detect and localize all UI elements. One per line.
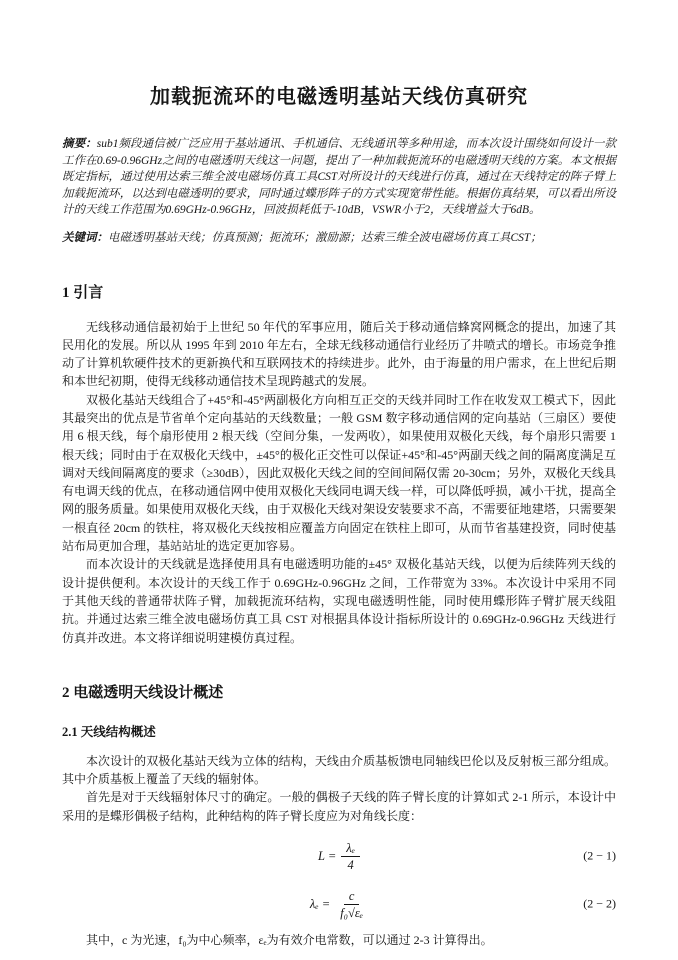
- section-2-paragraph-3: 其中，c 为光速，f₀为中心频率，εₑ为有效介电常数，可以通过 2-3 计算得出…: [62, 931, 616, 949]
- section-1-paragraph-2: 双极化基站天线组合了+45°和-45°两副极化方向相互正交的天线并同时工作在收发…: [62, 391, 616, 556]
- equation-2-1-lhs: L =: [318, 849, 336, 864]
- abstract: 摘要：sub1频段通信被广泛应用于基站通讯、手机通信、无线通讯等多种用途，而本次…: [62, 136, 616, 219]
- equation-2-1: L = λₑ 4: [318, 841, 360, 872]
- keywords-label: 关键词：: [62, 232, 108, 244]
- section-1-paragraph-1: 无线移动通信最初始于上世纪 50 年代的军事应用，随后关于移动通信蜂窝网概念的提…: [62, 318, 616, 391]
- keywords: 关键词：电磁透明基站天线；仿真预测；扼流环；激励源；达索三维全波电磁场仿真工具C…: [62, 230, 616, 247]
- equation-2-1-numerator: λₑ: [341, 841, 360, 857]
- equation-2-1-fraction: λₑ 4: [341, 841, 360, 872]
- section-2-heading: 2 电磁透明天线设计概述: [62, 681, 616, 702]
- equation-2-2-fraction: c f₀√εₑ: [335, 889, 368, 920]
- equation-2-1-number: (2 − 1): [583, 849, 616, 864]
- section-2-paragraph-2: 首先是对于天线辐射体尺寸的确定。一般的偶极子天线的阵子臂长度的计算如式 2-1 …: [62, 788, 616, 825]
- section-1-paragraph-3: 而本次设计的天线就是选择使用具有电磁透明功能的±45° 双极化基站天线，以便为后…: [62, 555, 616, 646]
- page-title: 加载扼流环的电磁透明基站天线仿真研究: [62, 84, 616, 110]
- equation-2-1-row: L = λₑ 4 (2 − 1): [62, 839, 616, 873]
- equation-2-2-numerator: c: [344, 889, 360, 905]
- section-2-paragraph-1: 本次设计的双极化基站天线为立体的结构，天线由介质基板馈电同轴线巴伦以及反射板三部…: [62, 752, 616, 789]
- equation-2-2-lhs: λₑ =: [310, 897, 330, 912]
- equation-2-1-denominator: 4: [343, 857, 359, 872]
- equation-2-2: λₑ = c f₀√εₑ: [310, 889, 368, 920]
- section-1-heading: 1 引言: [62, 281, 616, 302]
- paper-page: 加载扼流环的电磁透明基站天线仿真研究 摘要：sub1频段通信被广泛应用于基站通讯…: [0, 0, 678, 960]
- keywords-text: 电磁透明基站天线；仿真预测；扼流环；激励源；达索三维全波电磁场仿真工具CST；: [108, 232, 542, 244]
- section-2-1-heading: 2.1 天线结构概述: [62, 722, 616, 740]
- abstract-text: sub1频段通信被广泛应用于基站通讯、手机通信、无线通讯等多种用途，而本次设计围…: [62, 138, 616, 216]
- equation-2-2-row: λₑ = c f₀√εₑ (2 − 2): [62, 887, 616, 921]
- equation-2-2-number: (2 − 2): [583, 897, 616, 912]
- equation-2-2-denominator: f₀√εₑ: [335, 905, 368, 920]
- abstract-label: 摘要：: [62, 138, 97, 150]
